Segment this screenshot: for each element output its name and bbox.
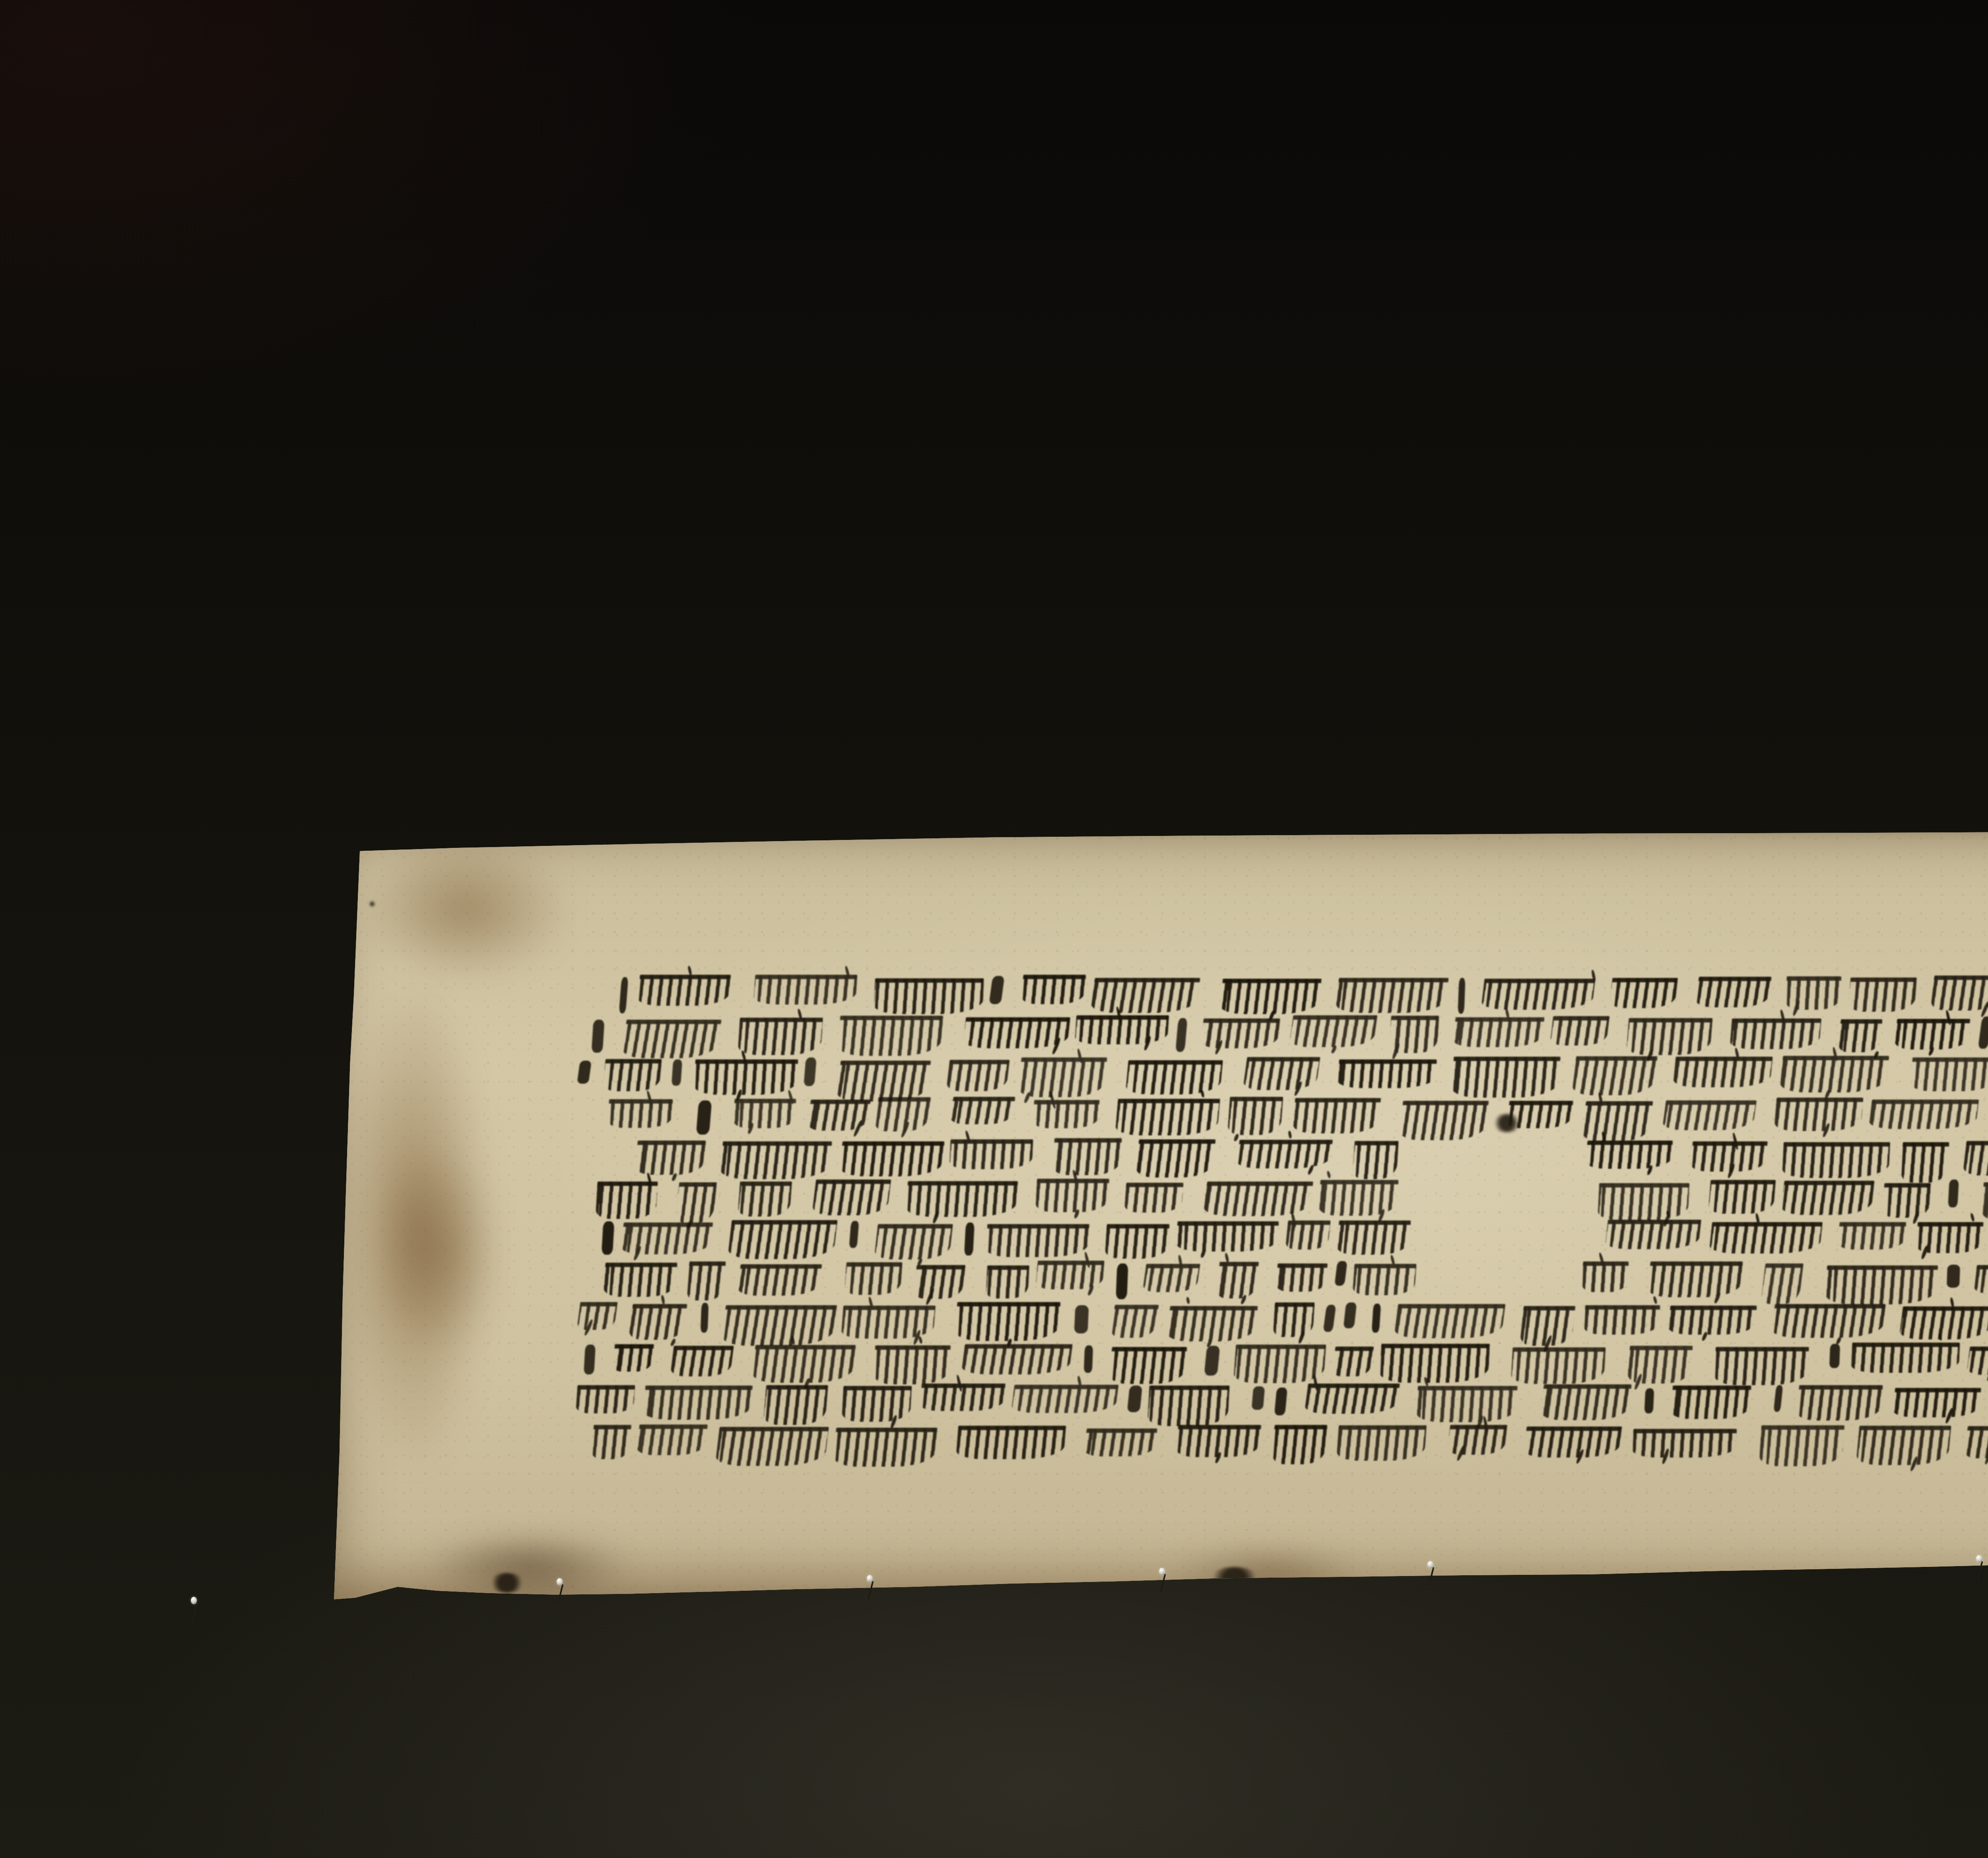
script-word	[1730, 1018, 1821, 1049]
script-word	[1796, 1385, 1883, 1421]
script-word	[1052, 1138, 1122, 1175]
script-word	[1899, 1306, 1988, 1339]
pin	[1976, 1555, 1983, 1581]
script-word	[956, 1426, 1066, 1459]
script-word	[1910, 1057, 1988, 1091]
script-word	[1233, 1345, 1326, 1383]
script-word	[733, 1099, 796, 1128]
script-word	[612, 1344, 654, 1372]
ink-spot	[1209, 1567, 1260, 1595]
script-word	[1451, 1057, 1561, 1098]
script-word	[1336, 1221, 1411, 1255]
script-word	[1289, 1015, 1378, 1047]
danda-mark	[1644, 1388, 1654, 1413]
script-word	[1352, 1141, 1399, 1179]
script-word	[986, 1224, 1089, 1257]
script-word	[1771, 1304, 1886, 1338]
script-word	[1626, 1018, 1713, 1055]
script-word	[1200, 1018, 1281, 1048]
pin	[867, 1575, 874, 1601]
script-word	[1520, 1306, 1576, 1346]
danda-mark	[849, 1221, 859, 1248]
danda-mark	[1334, 1261, 1347, 1286]
script-word	[874, 1345, 951, 1384]
pin-head	[191, 1597, 197, 1604]
script-word	[833, 1428, 938, 1467]
script-word	[721, 1305, 837, 1346]
script-word	[1110, 1305, 1159, 1338]
script-word	[1090, 978, 1200, 1013]
script-word	[1481, 979, 1595, 1010]
script-word	[946, 1060, 1010, 1091]
pin-stem	[192, 1603, 198, 1621]
script-word	[1033, 1100, 1100, 1128]
script-word	[1670, 1386, 1751, 1419]
script-word	[1176, 1221, 1279, 1252]
script-word	[1883, 1183, 1931, 1218]
script-word	[1216, 1262, 1259, 1298]
script-word	[955, 1302, 1061, 1341]
danda-mark	[1252, 1386, 1265, 1410]
script-word	[753, 975, 857, 1005]
script-word	[1318, 1180, 1398, 1216]
script-word	[1142, 1264, 1200, 1292]
script-word	[1011, 1385, 1119, 1413]
script-word	[751, 1345, 856, 1383]
script-word	[874, 978, 984, 1014]
danda-mark	[1274, 1388, 1287, 1415]
script-word	[1838, 1222, 1906, 1250]
danda-mark	[577, 1061, 592, 1084]
script-word	[1304, 1384, 1400, 1414]
script-word	[694, 1059, 798, 1095]
script-word	[603, 1263, 677, 1297]
script-word	[1964, 1426, 1988, 1458]
script-word	[1584, 1305, 1660, 1335]
script-word	[812, 1180, 891, 1215]
script-word	[1662, 1100, 1757, 1130]
script-word	[1581, 1101, 1653, 1141]
script-word	[1109, 1347, 1187, 1384]
script-word	[1336, 1425, 1427, 1461]
script-word	[1848, 978, 1917, 1012]
script-word	[1774, 1098, 1863, 1131]
danda-mark	[1829, 1344, 1840, 1368]
script-word	[1166, 1306, 1258, 1341]
script-word	[737, 1264, 823, 1296]
script-word	[1571, 1056, 1658, 1095]
danda-mark	[619, 977, 628, 1013]
script-word	[1786, 976, 1842, 1010]
text-layer	[330, 829, 1988, 1609]
script-word	[1272, 1425, 1328, 1464]
pin	[191, 1597, 198, 1623]
script-word	[577, 1302, 618, 1330]
script-word	[950, 1097, 1015, 1124]
danda-mark	[701, 1303, 709, 1333]
script-word	[1761, 1263, 1804, 1304]
pin-head	[557, 1578, 563, 1586]
danda-mark	[964, 1222, 974, 1256]
script-word	[949, 1139, 1034, 1169]
script-word	[727, 1220, 837, 1259]
script-word	[1452, 1017, 1544, 1047]
script-word	[629, 1304, 687, 1340]
danda-mark	[1343, 1302, 1357, 1328]
pin-stem	[868, 1581, 874, 1599]
script-word	[1035, 1179, 1109, 1212]
script-word	[837, 1016, 943, 1056]
script-word	[1176, 1425, 1261, 1457]
danda-mark	[696, 1100, 712, 1135]
script-word	[1017, 1057, 1107, 1097]
script-word	[595, 1182, 658, 1219]
pin-head	[1427, 1561, 1433, 1568]
script-word	[839, 1141, 944, 1176]
script-word	[1338, 1059, 1437, 1088]
pin-head	[867, 1575, 873, 1582]
script-word	[1293, 1098, 1381, 1133]
script-word	[1219, 979, 1322, 1014]
script-word	[763, 1385, 828, 1425]
danda-mark	[1084, 1345, 1093, 1373]
script-word	[1523, 1427, 1623, 1458]
script-word	[1598, 1183, 1689, 1221]
script-word	[1105, 1224, 1169, 1259]
danda-mark	[1773, 1385, 1783, 1412]
danda-mark	[1948, 1180, 1959, 1207]
script-word	[913, 1265, 965, 1299]
script-word	[1647, 1261, 1743, 1297]
script-word	[1673, 1057, 1773, 1087]
script-word	[1695, 977, 1772, 1007]
script-word	[686, 1261, 726, 1300]
script-word	[1075, 1015, 1169, 1044]
script-word	[1083, 1428, 1157, 1456]
danda-mark	[671, 1059, 682, 1086]
script-word	[1236, 1140, 1332, 1168]
script-word	[1586, 1141, 1673, 1169]
script-word	[1416, 1386, 1518, 1422]
script-word	[1838, 1019, 1882, 1052]
script-word	[1856, 1426, 1951, 1465]
danda-mark	[989, 976, 1004, 1004]
script-word	[1869, 1100, 1979, 1129]
script-word	[1147, 1386, 1230, 1426]
script-word	[720, 1141, 832, 1179]
manuscript-page	[330, 829, 1988, 1609]
script-word	[1973, 1265, 1988, 1295]
script-word	[986, 1265, 1029, 1298]
script-word	[1203, 1182, 1313, 1216]
script-word	[637, 975, 731, 1006]
script-word	[576, 1385, 635, 1413]
script-word	[1916, 1222, 1983, 1253]
script-word	[1981, 1182, 1988, 1220]
script-word	[635, 1141, 706, 1175]
script-word	[1135, 1139, 1215, 1178]
script-word	[841, 1306, 936, 1339]
pin-stem	[1160, 1574, 1166, 1592]
script-word	[1714, 1347, 1809, 1385]
script-word	[621, 1020, 721, 1058]
script-word	[841, 1386, 912, 1422]
script-word	[1780, 1181, 1874, 1215]
script-word	[1352, 1264, 1417, 1295]
script-word	[1021, 975, 1086, 1004]
script-word	[1627, 1346, 1693, 1384]
script-word	[1242, 1057, 1320, 1090]
danda-mark	[1127, 1386, 1142, 1412]
danda-mark	[1947, 1265, 1960, 1288]
script-word	[1379, 1344, 1489, 1383]
script-word	[1273, 1302, 1314, 1337]
pin-head	[1159, 1568, 1165, 1575]
danda-mark	[1175, 1018, 1187, 1052]
script-word	[844, 1262, 903, 1295]
danda-mark	[1978, 1016, 1988, 1049]
pin-stem	[1977, 1561, 1983, 1579]
danda-mark	[1116, 1263, 1128, 1299]
script-word	[1782, 1142, 1890, 1178]
script-word	[620, 1222, 713, 1254]
script-word	[715, 1427, 829, 1466]
script-word	[1115, 1099, 1221, 1135]
danda-mark	[602, 1221, 615, 1255]
script-word	[1447, 1425, 1508, 1455]
script-word	[1780, 1056, 1889, 1092]
script-word	[1668, 1306, 1757, 1335]
script-word	[591, 1425, 631, 1459]
script-word	[608, 1099, 673, 1128]
script-word	[1398, 1101, 1489, 1140]
danda-mark	[1204, 1346, 1220, 1376]
script-word	[1930, 976, 1988, 1011]
danda-mark	[1074, 1305, 1089, 1333]
script-word	[738, 1182, 792, 1217]
photo-background	[0, 0, 1988, 1858]
pin	[1159, 1568, 1166, 1594]
script-word	[1285, 1221, 1330, 1250]
pin-stem	[557, 1584, 563, 1602]
pin	[1427, 1561, 1435, 1587]
script-word	[643, 1386, 753, 1420]
script-word	[738, 1018, 823, 1055]
pin	[557, 1578, 564, 1604]
script-word	[963, 1017, 1070, 1048]
ink-spot	[1493, 1114, 1521, 1133]
script-word	[1690, 1141, 1768, 1172]
script-word	[1893, 1388, 1982, 1417]
script-word	[1709, 1222, 1823, 1254]
script-word	[1394, 1304, 1506, 1338]
pin-stem	[1428, 1567, 1434, 1585]
script-word	[906, 1181, 1018, 1217]
script-word	[1336, 978, 1449, 1013]
danda-mark	[1372, 1304, 1381, 1333]
script-word	[1276, 1263, 1328, 1292]
danda-mark	[804, 1057, 817, 1086]
script-word	[874, 1097, 931, 1131]
script-word	[1967, 1347, 1988, 1375]
danda-mark	[1323, 1305, 1336, 1332]
script-word	[1035, 1261, 1105, 1289]
script-word	[1759, 1425, 1845, 1466]
script-word	[1851, 1343, 1960, 1373]
script-word	[603, 1059, 662, 1091]
script-word	[919, 1384, 1006, 1411]
ink-spot	[369, 901, 375, 907]
script-word	[807, 1100, 871, 1131]
script-word	[836, 1061, 931, 1102]
script-word	[636, 1425, 708, 1455]
script-word	[1825, 1265, 1938, 1304]
danda-mark	[591, 1020, 605, 1053]
script-word	[1124, 1183, 1183, 1213]
pin-head	[1976, 1555, 1982, 1563]
script-word	[1609, 978, 1678, 1008]
script-word	[961, 1344, 1073, 1374]
script-word	[1708, 1180, 1776, 1214]
script-word	[1633, 1429, 1737, 1458]
script-word	[1549, 1016, 1609, 1046]
danda-mark	[584, 1345, 596, 1374]
script-word	[1125, 1060, 1223, 1094]
danda-mark	[1458, 978, 1466, 1014]
ink-spot	[489, 1573, 525, 1593]
script-word	[1389, 1016, 1439, 1053]
script-word	[1895, 1019, 1970, 1049]
script-word	[1963, 1141, 1988, 1176]
script-word	[1582, 1261, 1629, 1292]
script-word	[874, 1224, 953, 1259]
script-word	[675, 1182, 717, 1223]
script-word	[1605, 1220, 1702, 1249]
script-word	[1227, 1097, 1283, 1135]
script-word	[1540, 1384, 1632, 1420]
script-word	[670, 1346, 734, 1376]
script-word	[1510, 1347, 1606, 1384]
script-word	[1332, 1347, 1374, 1376]
script-word	[1901, 1142, 1949, 1183]
